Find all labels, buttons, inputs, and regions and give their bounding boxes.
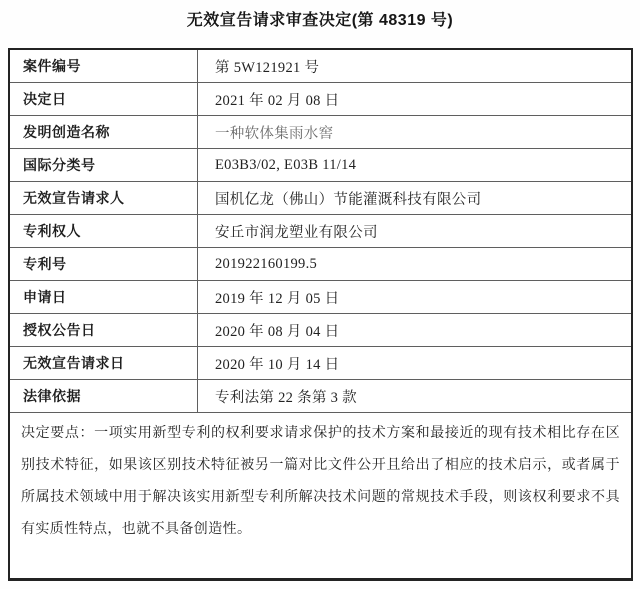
row-value: 第 5W121921 号 — [198, 50, 631, 82]
row-value: 201922160199.5 — [198, 248, 631, 280]
row-value: 2019 年 12 月 05 日 — [198, 281, 631, 313]
row-label: 无效宣告请求人 — [10, 182, 198, 214]
row-label: 专利权人 — [10, 215, 198, 247]
row-label: 决定日 — [10, 83, 198, 115]
row-label: 法律依据 — [10, 380, 198, 412]
row-value: 一种软体集雨水窖 — [198, 116, 631, 148]
table-row: 无效宣告请求人 国机亿龙（佛山）节能灌溉科技有限公司 — [10, 182, 631, 215]
page-title: 无效宣告请求审查决定(第 48319 号) — [0, 7, 640, 30]
table-row: 决定日 2021 年 02 月 08 日 — [10, 83, 631, 116]
row-value: 2020 年 08 月 04 日 — [198, 314, 631, 346]
row-label: 申请日 — [10, 281, 198, 313]
row-value: 专利法第 22 条第 3 款 — [198, 380, 631, 412]
case-info-table: 案件编号 第 5W121921 号 决定日 2021 年 02 月 08 日 发… — [8, 48, 633, 581]
row-label: 专利号 — [10, 248, 198, 280]
table-row: 国际分类号 E03B3/02, E03B 11/14 — [10, 149, 631, 182]
row-label: 授权公告日 — [10, 314, 198, 346]
row-label: 发明创造名称 — [10, 116, 198, 148]
document-page: 无效宣告请求审查决定(第 48319 号) 案件编号 第 5W121921 号 … — [0, 0, 640, 589]
table-row: 法律依据 专利法第 22 条第 3 款 — [10, 380, 631, 413]
table-row: 发明创造名称 一种软体集雨水窖 — [10, 116, 631, 149]
row-label: 案件编号 — [10, 50, 198, 82]
row-value: 2021 年 02 月 08 日 — [198, 83, 631, 115]
table-row: 申请日 2019 年 12 月 05 日 — [10, 281, 631, 314]
table-row: 专利号 201922160199.5 — [10, 248, 631, 281]
row-value: 2020 年 10 月 14 日 — [198, 347, 631, 379]
row-value: E03B3/02, E03B 11/14 — [198, 149, 631, 181]
row-value: 国机亿龙（佛山）节能灌溉科技有限公司 — [198, 182, 631, 214]
table-row: 专利权人 安丘市润龙塑业有限公司 — [10, 215, 631, 248]
table-row: 案件编号 第 5W121921 号 — [10, 50, 631, 83]
table-row: 无效宣告请求日 2020 年 10 月 14 日 — [10, 347, 631, 380]
row-value: 安丘市润龙塑业有限公司 — [198, 215, 631, 247]
table-row: 授权公告日 2020 年 08 月 04 日 — [10, 314, 631, 347]
row-label: 无效宣告请求日 — [10, 347, 198, 379]
decision-summary: 决定要点：一项实用新型专利的权利要求请求保护的技术方案和最接近的现有技术相比存在… — [10, 413, 631, 578]
row-label: 国际分类号 — [10, 149, 198, 181]
